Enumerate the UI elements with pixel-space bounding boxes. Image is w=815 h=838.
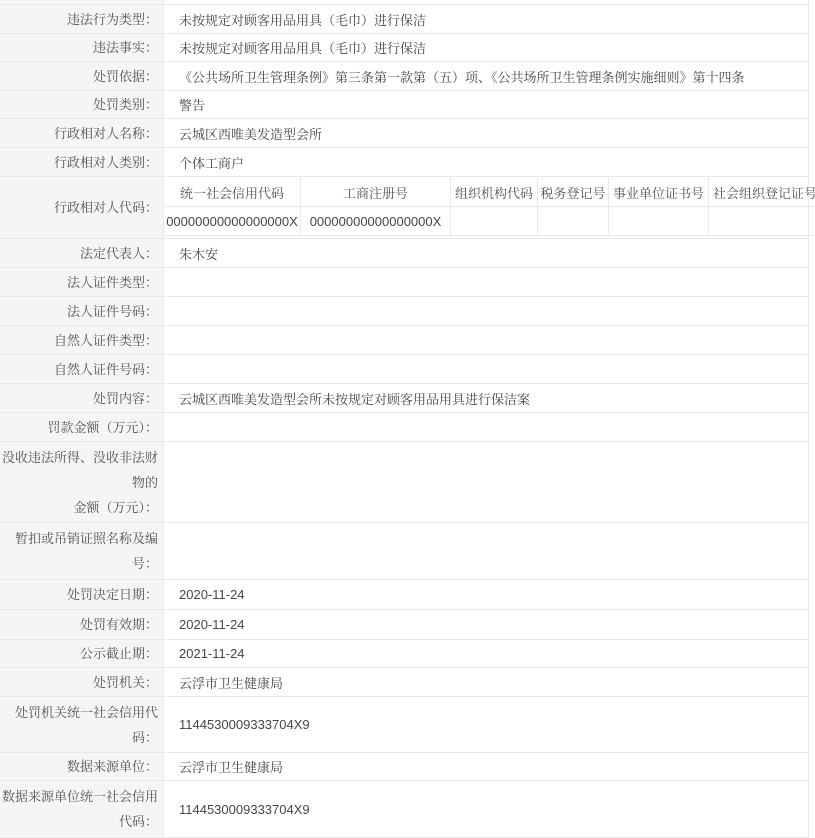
table-row: 罚款金额（万元）：	[0, 413, 808, 442]
row-value: 个体工商户	[164, 148, 808, 176]
row-label: 法人证件号码：	[0, 297, 164, 325]
row-value: 警告	[164, 91, 808, 118]
table-row: 行政相对人代码：统一社会信用代码工商注册号组织机构代码税务登记号事业单位证书号社…	[0, 177, 808, 239]
code-table-header-cell: 社会组织登记证号	[709, 178, 815, 207]
row-label	[0, 0, 164, 4]
code-table-header-cell: 统一社会信用代码	[164, 178, 301, 207]
row-label: 行政相对人代码：	[0, 177, 164, 238]
penalty-detail-page: 违法行为类型：未按规定对顾客用品用具（毛巾）进行保洁违法事实：未按规定对顾客用品…	[0, 0, 815, 838]
row-value: 云城区西唯美发造型会所未按规定对顾客用品用具进行保洁案	[164, 384, 808, 412]
row-value	[164, 413, 808, 441]
table-row: 违法事实：未按规定对顾客用品用具（毛巾）进行保洁	[0, 34, 808, 62]
row-value: 2020-11-24	[164, 610, 808, 639]
table-row: 处罚有效期：2020-11-24	[0, 610, 808, 640]
row-value	[164, 355, 808, 383]
table-row: 处罚决定日期：2020-11-24	[0, 580, 808, 610]
table-row: 处罚内容：云城区西唯美发造型会所未按规定对顾客用品用具进行保洁案	[0, 384, 808, 413]
code-table-value-row: 00000000000000000X00000000000000000X	[164, 207, 815, 236]
row-value: 未按规定对顾客用品用具（毛巾）进行保洁	[164, 34, 808, 61]
row-value: 1144530009333704X9	[164, 781, 808, 837]
code-table-header-cell: 组织机构代码	[451, 178, 538, 207]
table-row: 数据来源单位：云浮市卫生健康局	[0, 753, 808, 781]
row-value	[164, 297, 808, 325]
row-label: 处罚机关：	[0, 668, 164, 696]
row-label: 行政相对人类别：	[0, 148, 164, 176]
row-label: 公示截止期：	[0, 640, 164, 667]
table-row: 处罚类别：警告	[0, 91, 808, 119]
table-row: 暂扣或吊销证照名称及编 号：	[0, 523, 808, 580]
table-row: 没收违法所得、没收非法财 物的 金额（万元）：	[0, 442, 808, 523]
row-value	[164, 326, 808, 354]
row-value: 《公共场所卫生管理条例》第三条第一款第（五）项、《公共场所卫生管理条例实施细则》…	[164, 62, 808, 90]
row-label: 没收违法所得、没收非法财 物的 金额（万元）：	[0, 442, 164, 522]
code-table-value-cell	[709, 207, 815, 236]
row-label: 行政相对人名称：	[0, 119, 164, 147]
row-label: 处罚内容：	[0, 384, 164, 412]
table-row: 处罚机关：云浮市卫生健康局	[0, 668, 808, 697]
row-value	[164, 442, 808, 522]
code-table-header-cell: 事业单位证书号	[609, 178, 709, 207]
code-table-value-cell: 00000000000000000X	[164, 207, 301, 236]
row-value	[164, 0, 808, 4]
penalty-info-table: 违法行为类型：未按规定对顾客用品用具（毛巾）进行保洁违法事实：未按规定对顾客用品…	[0, 0, 809, 838]
table-row: 数据来源单位统一社会信用 代码：1144530009333704X9	[0, 781, 808, 838]
code-table-header-cell: 工商注册号	[301, 178, 451, 207]
code-table-header-cell: 税务登记号	[538, 178, 609, 207]
row-label: 暂扣或吊销证照名称及编 号：	[0, 523, 164, 579]
table-row: 自然人证件类型：	[0, 326, 808, 355]
row-label: 处罚有效期：	[0, 610, 164, 639]
row-value: 云城区西唯美发造型会所	[164, 119, 808, 147]
row-label: 数据来源单位统一社会信用 代码：	[0, 781, 164, 837]
row-value	[164, 268, 808, 296]
row-label: 法人证件类型：	[0, 268, 164, 296]
table-row: 违法行为类型：未按规定对顾客用品用具（毛巾）进行保洁	[0, 5, 808, 34]
table-row: 行政相对人类别：个体工商户	[0, 148, 808, 177]
row-value: 1144530009333704X9	[164, 697, 808, 752]
row-label: 法定代表人：	[0, 239, 164, 267]
table-row: 处罚机关统一社会信用代 码：1144530009333704X9	[0, 697, 808, 753]
row-value: 未按规定对顾客用品用具（毛巾）进行保洁	[164, 5, 808, 33]
row-label: 罚款金额（万元）：	[0, 413, 164, 441]
table-row: 处罚依据：《公共场所卫生管理条例》第三条第一款第（五）项、《公共场所卫生管理条例…	[0, 62, 808, 91]
row-value: 统一社会信用代码工商注册号组织机构代码税务登记号事业单位证书号社会组织登记证号0…	[164, 177, 808, 238]
row-label: 违法行为类型：	[0, 5, 164, 33]
row-label: 处罚类别：	[0, 91, 164, 118]
row-label: 处罚机关统一社会信用代 码：	[0, 697, 164, 752]
table-row: 行政相对人名称：云城区西唯美发造型会所	[0, 119, 808, 148]
code-table-value-cell	[538, 207, 609, 236]
row-value: 朱木安	[164, 239, 808, 267]
row-label: 处罚依据：	[0, 62, 164, 90]
row-value: 2021-11-24	[164, 640, 808, 667]
row-label: 数据来源单位：	[0, 753, 164, 780]
row-value: 云浮市卫生健康局	[164, 753, 808, 780]
code-table-value-cell	[609, 207, 709, 236]
row-value: 云浮市卫生健康局	[164, 668, 808, 696]
table-row: 法定代表人：朱木安	[0, 239, 808, 268]
row-label: 违法事实：	[0, 34, 164, 61]
row-value: 2020-11-24	[164, 580, 808, 609]
entity-code-table: 统一社会信用代码工商注册号组织机构代码税务登记号事业单位证书号社会组织登记证号0…	[164, 178, 815, 236]
table-row: 自然人证件号码：	[0, 355, 808, 384]
code-table-value-cell	[451, 207, 538, 236]
row-value	[164, 523, 808, 579]
code-table-header-row: 统一社会信用代码工商注册号组织机构代码税务登记号事业单位证书号社会组织登记证号	[164, 178, 815, 207]
table-row: 公示截止期：2021-11-24	[0, 640, 808, 668]
table-row: 法人证件类型：	[0, 268, 808, 297]
row-label: 处罚决定日期：	[0, 580, 164, 609]
row-label: 自然人证件号码：	[0, 355, 164, 383]
row-label: 自然人证件类型：	[0, 326, 164, 354]
code-table-value-cell: 00000000000000000X	[301, 207, 451, 236]
table-row: 法人证件号码：	[0, 297, 808, 326]
